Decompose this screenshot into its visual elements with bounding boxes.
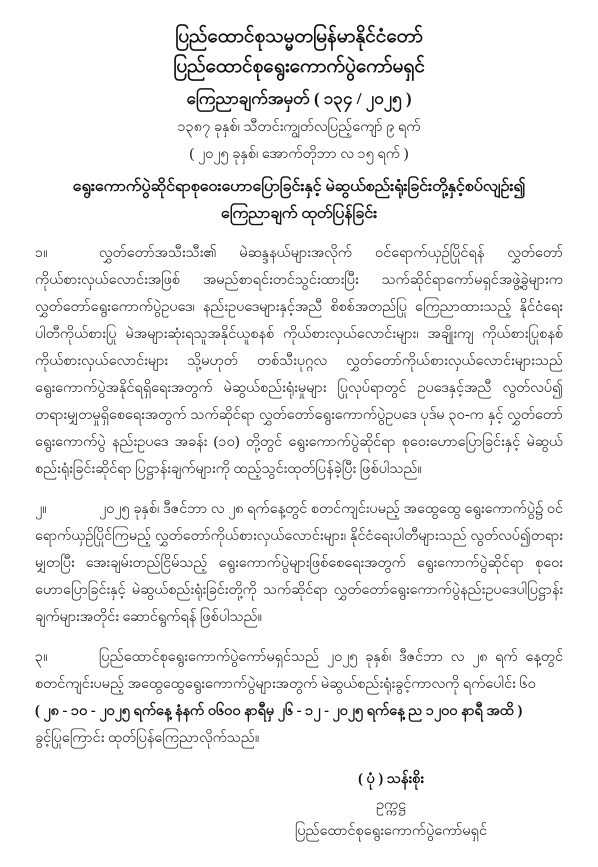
paragraph-3: ၃။ပြည်ထောင်စုရွေးကောက်ပွဲကော်မရှင်သည် ၂၀… xyxy=(35,644,563,698)
myanmar-calendar-date: ၁၃၈၇ ခုနှစ်၊ သီတင်းကျွတ်လပြည့်ကျော် ၉ ရက… xyxy=(35,114,563,141)
paragraph-3-closing: ခွင့်ပြုကြောင်း ထုတ်ပြန်ကြေညာလိုက်သည်။ xyxy=(35,725,563,752)
paragraph-2: ၂။၂၀၂၅ ခုနှစ်၊ ဒီဇင်ဘာ လ ၂၈ ရက်နေ့တွင် စ… xyxy=(35,496,563,631)
paragraph-2-number: ၂။ xyxy=(35,496,99,523)
paragraph-1-text: လွှတ်တော်အသီးသီး၏ မဲဆန္ဒနယ်များအလိုက် ဝင… xyxy=(35,245,563,477)
state-title: ပြည်ထောင်စုသမ္မတမြန်မာနိုင်ငံတော် xyxy=(35,22,563,52)
paragraph-3-number: ၃။ xyxy=(35,644,99,671)
campaign-period-dates: ( ၂၈ - ၁၀ - ၂၀၂၅ ရက်နေ့ နံနက် ၀၆၀၀ နာရီမ… xyxy=(35,698,563,725)
subject-line-2: ကြေညာချက် ထုတ်ပြန်ခြင်း xyxy=(35,200,563,227)
signatory-organization: ပြည်ထောင်စုရွေးကောက်ပွဲကော်မရှင် xyxy=(241,818,541,844)
announcement-number: ကြေညာချက်အမှတ် ( ၁၃၄ / ၂၀၂၅ ) xyxy=(35,84,563,114)
signature-block: ( ပုံ ) သန်းစိုး ဥက္ကဋ္ဌ ပြည်ထောင်စုရွေး… xyxy=(241,766,541,844)
subject-line-1: ရွေးကောက်ပွဲဆိုင်ရာစုဝေးဟောပြောခြင်းနှင့… xyxy=(35,173,563,200)
commission-title: ပြည်ထောင်စုရွေးကောက်ပွဲကော်မရှင် xyxy=(35,52,563,82)
paragraph-3-text: ပြည်ထောင်စုရွေးကောက်ပွဲကော်မရှင်သည် ၂၀၂၅… xyxy=(35,649,563,692)
signatory-name: ( ပုံ ) သန်းစိုး xyxy=(241,766,541,792)
paragraph-1-number: ၁။ xyxy=(35,240,99,267)
gregorian-date: ( ၂၀၂၅ ခုနှစ်၊ အောက်တိုဘာ လ ၁၅ ရက် ) xyxy=(35,141,563,168)
paragraph-2-text: ၂၀၂၅ ခုနှစ်၊ ဒီဇင်ဘာ လ ၂၈ ရက်နေ့တွင် စတင… xyxy=(35,501,563,625)
paragraph-1: ၁။လွှတ်တော်အသီးသီး၏ မဲဆန္ဒနယ်များအလိုက် … xyxy=(35,240,563,483)
signatory-title: ဥက္ကဋ္ဌ xyxy=(241,792,541,818)
document-page: ပြည်ထောင်စုသမ္မတမြန်မာနိုင်ငံတော် ပြည်ထေ… xyxy=(0,0,598,867)
